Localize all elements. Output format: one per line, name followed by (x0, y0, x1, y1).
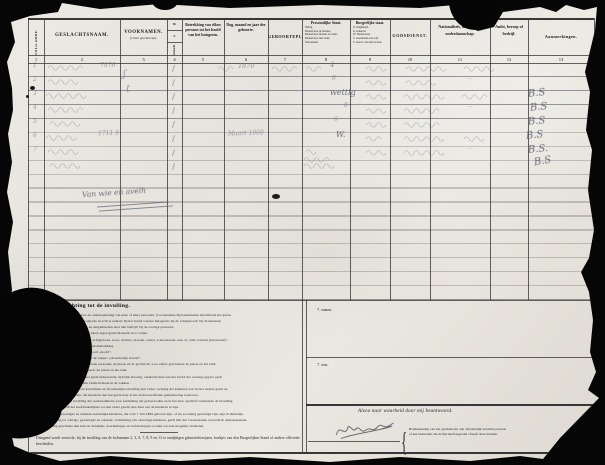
handwriting-text: 1870 (238, 62, 255, 70)
handwriting-text: — (468, 104, 473, 110)
handwriting-text: B.S. (528, 143, 549, 156)
handwriting-scrib (48, 106, 84, 114)
handwriting-scrib (404, 93, 448, 101)
column-header-4: M.V.Geslacht. (167, 19, 182, 55)
column-header-13: Aanmerkingen. (528, 19, 594, 55)
handwriting-scrib (406, 65, 450, 73)
column-header-2: GESLACHTSNAAM. (44, 19, 120, 55)
handwriting-scrib (464, 135, 486, 143)
scanned-register-page: { "page": { "kind": "historical Dutch po… (0, 0, 605, 465)
handwriting-scrib (406, 79, 436, 87)
handwriting-text: wettig (330, 88, 356, 97)
column-title: Geslacht. (173, 42, 176, 55)
handwriting-scrib (404, 107, 440, 115)
handwriting-text: t (126, 84, 130, 95)
column-header-5: Betrekking van elken persoon tot het hoo… (182, 19, 224, 55)
handwriting-scrib (48, 78, 82, 86)
column-number-5: 5 (182, 56, 224, 64)
handwriting-scrib (366, 121, 386, 129)
column-number-12: 12 (490, 56, 528, 64)
brace-glyph: { (401, 426, 407, 460)
handwriting-text: 1711 9 (98, 130, 119, 138)
handwriting-scrib (46, 92, 86, 100)
center-double-line-b (306, 300, 307, 452)
column-header-10: GODSDIENST. (390, 19, 430, 55)
column-number-13: 13 (528, 56, 594, 64)
handwriting-scrib (404, 121, 442, 129)
bottom-advice-note: Dringend wordt verzocht, bij de invullin… (36, 436, 300, 447)
column-header-1: VOLG-ORDE. (28, 19, 44, 55)
handwriting-scrib (366, 149, 386, 157)
column-header-9: Burgerlijke staat.O. Ongehuwd.G. Gehuwd.… (350, 19, 390, 55)
declaration-line: Alzoo naar waarheid door mij beantwoord. (358, 409, 453, 414)
sex-male-label: M. (167, 19, 182, 31)
handwriting-scrib (304, 162, 336, 170)
handwriting-scrib (306, 65, 324, 73)
table-data-rows (28, 63, 594, 300)
enz-section-label: 7. enz. (317, 362, 329, 367)
column-legend: O. Ongehuwd.G. Gehuwd.W. Weduwstaat.S. G… (350, 26, 390, 45)
footnote-short-rule (140, 432, 178, 433)
handwriting-text: 6 (33, 132, 37, 139)
handwriting-scrib (404, 135, 444, 143)
column-number-4: 4 (167, 56, 182, 64)
handwriting-text: 1 (33, 62, 37, 69)
table-bottom-rule (28, 300, 594, 301)
handwriting-scrib (464, 65, 494, 73)
column-header-6: Dag, maand en jaar der geboorte. (224, 19, 268, 55)
column-header-3: VOORNAMEN.(voluit geschreven). (120, 19, 167, 55)
column-title: GEBOORTEPLAATS. (268, 34, 302, 39)
handwriting-text: 6 (334, 116, 338, 123)
column-legend: Wettig,Erkend door de moeder,Erkend door… (302, 26, 350, 45)
handwriting-text: B.S (527, 87, 545, 100)
column-title: Aanmerkingen. (528, 34, 594, 39)
column-title: Ambt, beroep of bedrijf. (490, 23, 528, 37)
handwriting-text: 7976 (100, 62, 115, 69)
handwriting-scrib (48, 148, 78, 156)
column-header-7: GEBOORTEPLAATS. (268, 19, 302, 55)
handwriting-text: 2 (33, 76, 37, 83)
handwriting-scrib (366, 65, 390, 73)
handwriting-scrib (218, 65, 234, 73)
column-title: Dag, maand en jaar der geboorte. (224, 23, 268, 33)
handwriting-scrib (50, 162, 80, 170)
ink-speck (30, 86, 35, 90)
column-line (594, 18, 595, 300)
column-number-7: 7 (268, 56, 302, 64)
signature-instruction-note: Handteekening van het gezinshoofd, den a… (409, 427, 506, 438)
column-number-10: 10 (390, 56, 430, 64)
handwriting-text: B.S (525, 129, 543, 142)
fine-print-line: 12. De invulling geschiede met inkt en d… (34, 423, 306, 429)
handwriting-scrib (366, 79, 386, 87)
handwriting-text: 4 (330, 61, 334, 69)
handwriting-scrib (272, 65, 298, 73)
naam-enz-divider (306, 357, 596, 358)
handwriting-text: B.S (528, 115, 546, 127)
handwriting-scrib (366, 107, 386, 115)
handwriting-scrib (46, 134, 80, 142)
column-title: GODSDIENST. (390, 33, 430, 38)
column-number-3: 3 (120, 56, 167, 64)
sex-female-label: V. (167, 31, 182, 43)
handwriting-text: 6 (332, 75, 336, 82)
column-title: VOLG-ORDE. (34, 39, 38, 55)
handwriting-scrib (306, 148, 320, 156)
paper-sheet: VOLG-ORDE.GESLACHTSNAAM.VOORNAMEN.(volui… (0, 0, 605, 465)
handwriting-scrib (48, 64, 86, 72)
column-title: GESLACHTSNAAM. (44, 33, 120, 39)
handwriting-text: 7 (33, 146, 37, 153)
handwriting-text: 4 (33, 104, 37, 111)
ink-speck (26, 95, 29, 98)
handwriting-text: Maart 1909 (228, 129, 264, 137)
column-title: Betrekking van elken persoon tot het hoo… (182, 23, 224, 38)
handwriting-text: W. (336, 130, 345, 139)
ink-speck (272, 194, 280, 199)
handwriting-text: 8 (344, 102, 348, 109)
handwriting-scrib (50, 120, 80, 128)
signature-section-rule (306, 404, 596, 406)
handwriting-scrib (366, 135, 384, 143)
column-number-11: 11 (430, 56, 490, 64)
page-bottom-rule (30, 452, 596, 454)
naam-section-label: 7. naam. (317, 307, 332, 312)
column-number-8: 8 (302, 56, 350, 64)
handwriting-scrib (366, 93, 386, 101)
handwriting-scrib (404, 149, 444, 157)
column-header-8: Persoonlijke Staat.Wettig,Erkend door de… (302, 19, 350, 55)
handwriting-text: — (468, 146, 473, 152)
handwriting-text: ʃ (123, 69, 126, 80)
handwriting-scrib (462, 93, 488, 101)
handwriting-text: — (468, 76, 473, 82)
column-header-12: Ambt, beroep of bedrijf. (490, 19, 528, 55)
column-subtitle: (voluit geschreven). (120, 36, 167, 40)
column-number-9: 9 (350, 56, 390, 64)
handwriting-text: B.S (530, 101, 548, 113)
handwriting-text: 3 (33, 90, 37, 97)
handwriting-text: 5 (33, 118, 37, 125)
